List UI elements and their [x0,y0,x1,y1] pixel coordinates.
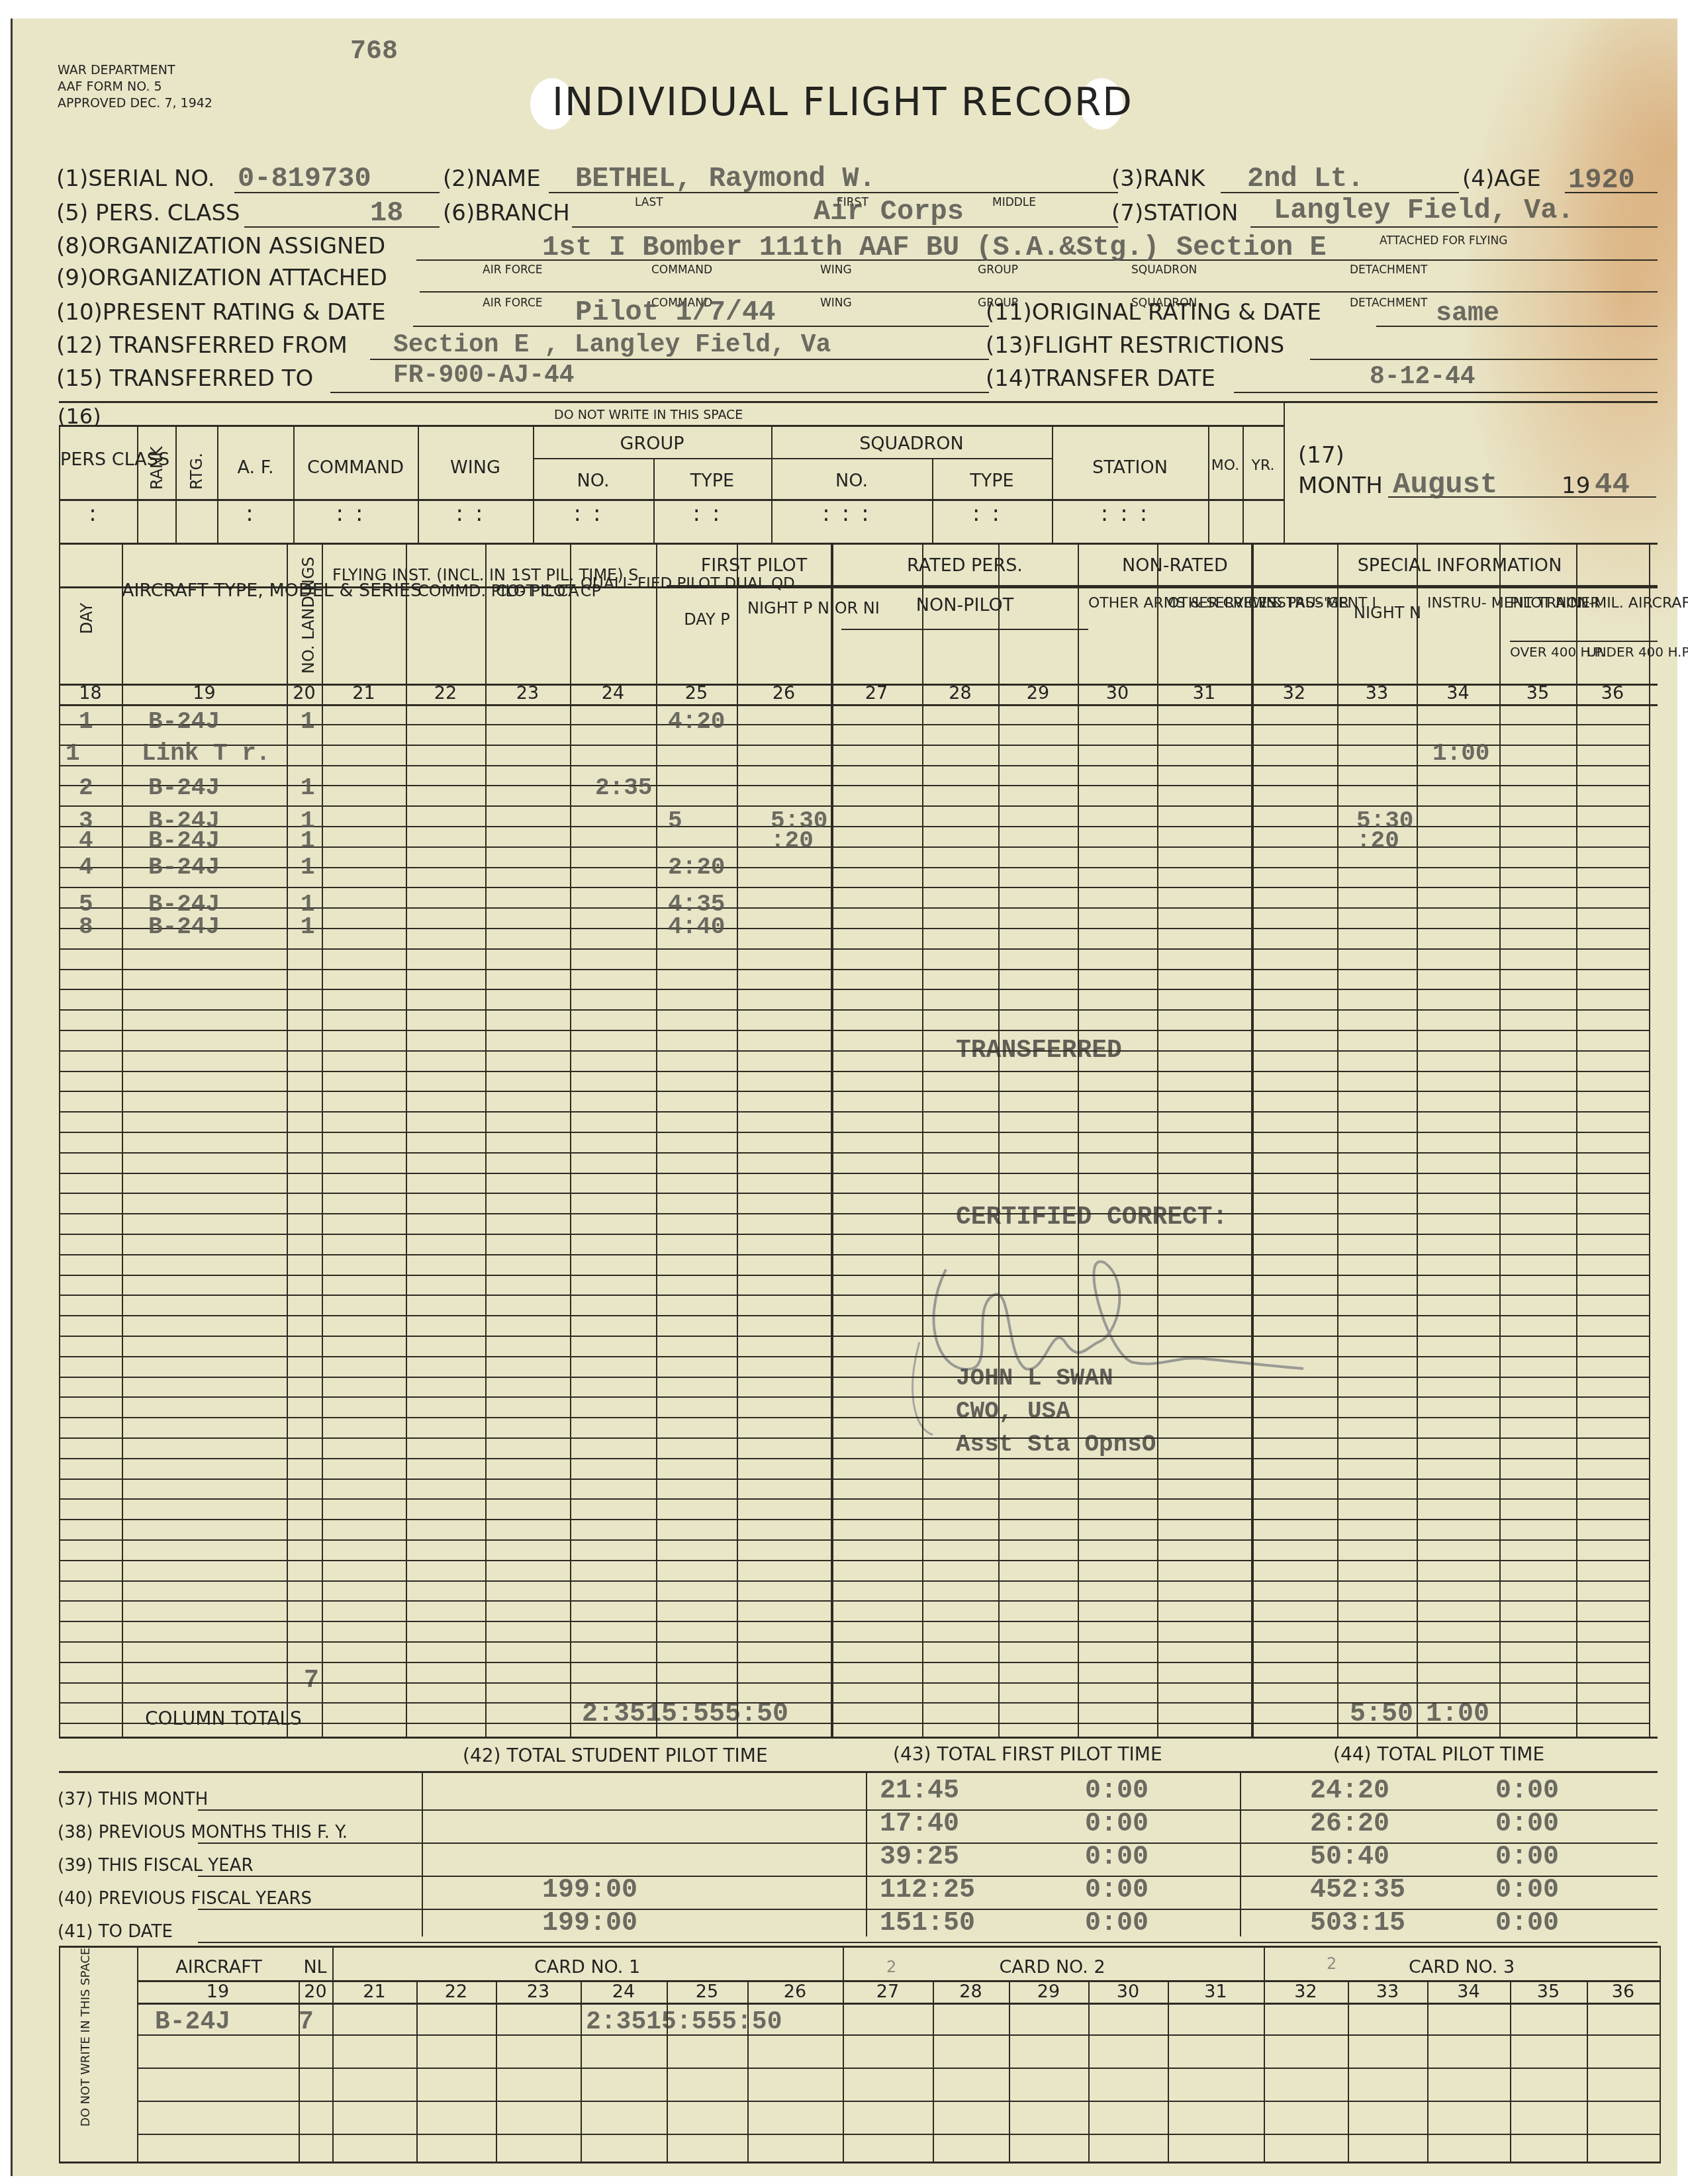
col-group: GROUP [533,434,771,454]
column-number: 30 [1078,683,1157,704]
name-sub-middle: MIDDLE [992,196,1036,209]
hdr-non-rated: NON-RATED [1088,556,1262,576]
rank-label: (3)RANK [1111,165,1205,192]
year-field[interactable]: 44 [1595,469,1630,502]
total-night: 5:50 [1350,1700,1413,1729]
grid-row-line [59,1437,1649,1439]
summary-first-pilot: 151:50 [880,1909,975,1938]
total-qd-fp: 2:3515:555:50 [582,1700,788,1729]
grid-row-line [59,785,1649,786]
grid-column-line [287,543,288,1737]
code-dots: : [60,500,137,527]
org-assigned-field[interactable]: 1st I Bomber 111th AAF BU (S.A.&Stg.) Se… [542,232,1327,263]
column-number: 26 [737,683,831,704]
grid-column-line [656,543,657,1737]
transferred-to-label: (15) TRANSFERRED TO [56,365,313,392]
grid-row-line [59,1152,1649,1154]
grid-column-line [922,543,923,1737]
grid-row-line [59,1498,1649,1500]
summary-first-pilot_b: 0:00 [1085,1876,1149,1905]
card-column-number: 22 [416,1981,496,2002]
sub-detachment: DETACHMENT [1350,263,1427,277]
flight-aircraft: Link T r. [142,740,270,767]
flight-fp_day: 5 [668,807,682,835]
card-column-number: 24 [581,1981,667,2002]
flight-landings: 1 [301,774,315,801]
age-label: (4)AGE [1462,165,1541,192]
grid-column-line [1649,543,1650,1737]
cards-side-note: DO NOT WRITE IN THIS SPACE [79,2130,264,2144]
flight-fp_day: 4:40 [668,913,725,940]
summary-row-label: (39) THIS FISCAL YEAR [58,1856,253,1876]
summary-student: 199:00 [542,1909,637,1938]
flight-landings: 1 [301,827,315,854]
summary-total: 452:35 [1310,1876,1405,1905]
month-label: MONTH [1298,473,1383,499]
col-yr: YR. [1243,458,1284,474]
transfer-date-label: (14)TRANSFER DATE [986,365,1215,392]
org-assigned-label: (8)ORGANIZATION ASSIGNED [56,233,385,259]
column-number: 33 [1337,683,1417,704]
flight-day: 2 [79,774,93,801]
summary-row-label: (40) PREVIOUS FISCAL YEARS [58,1889,312,1909]
hdr-flying-inst: FLYING INST. (INCL. IN 1ST PIL. TIME) S [332,567,416,584]
grid-row-line [59,867,1649,868]
grid-row-line [59,989,1649,990]
approved-date: APPROVED DEC. 7, 1942 [58,95,212,112]
card-column-number: 29 [1009,1981,1088,2002]
original-rating-label: (11)ORIGINAL RATING & DATE [986,299,1321,326]
grid-row-line [59,1417,1649,1418]
col-pers-class: PERS CLASS [60,450,137,470]
pers-class-field[interactable]: 18 [370,197,403,229]
flight-fp_day: 4:20 [668,708,725,735]
card-column-number: 27 [843,1981,933,2002]
grid-row-line [59,1336,1649,1337]
card-1-label: CARD NO. 1 [332,1958,842,1978]
hdr-special-info: SPECIAL INFORMATION [1262,556,1658,576]
col-mo: MO. [1208,458,1243,474]
grid-column-line [1499,543,1501,1737]
transferred-from-label: (12) TRANSFERRED FROM [56,332,348,359]
original-rating-field[interactable]: same [1436,299,1499,329]
grid-row-line [59,887,1649,888]
sub-command: COMMAND [651,263,712,277]
hdr-non-mil: PILOT NON-MIL. AIRCRAFT [1510,596,1658,612]
flight-day: 1 [79,708,93,735]
grid-column-line [1157,543,1158,1737]
flight-night: :20 [1356,827,1399,854]
summary-total: 503:15 [1310,1909,1405,1938]
summary-row-label: (41) TO DATE [58,1922,173,1942]
flight-fp_day: 2:20 [668,854,725,881]
grid-row-line [59,1396,1649,1398]
flight-landings: 1 [301,708,315,735]
pencil-mark: 2 [1327,1954,1336,1973]
pencil-mark: 2 [886,1958,896,1976]
col-rtg-label: RTG. [187,453,206,490]
grid-row-line [59,1580,1649,1582]
hdr-inst-trainer: INSTRU- MENT TRAINER [1427,596,1510,612]
month-field[interactable]: August [1393,469,1497,502]
total-landings: 7 [304,1666,319,1695]
grid-row-line [59,1702,1649,1704]
flight-restrictions-label: (13)FLIGHT RESTRICTIONS [986,332,1284,359]
summary-total-b: 0:00 [1495,1876,1559,1905]
code-dots: :: [653,500,771,527]
name-label: (2)NAME [443,165,541,192]
grid-row-line [59,1295,1649,1296]
code-dots: :: [932,500,1052,527]
col-rank-label: RANK [148,446,166,490]
code-dots: :: [533,500,653,527]
transferred-to-field[interactable]: FR-900-AJ-44 [393,361,575,390]
present-rating-label: (10)PRESENT RATING & DATE [56,299,386,326]
cards-nl-label: NL [299,1958,332,1978]
summary-first-pilot_b: 0:00 [1085,1776,1149,1806]
summary-first-pilot: 21:45 [880,1776,959,1806]
card-column-number: 32 [1264,1981,1348,2002]
flight-day: 4 [79,827,93,854]
column-number: 29 [998,683,1078,704]
signer-title: Asst Sta OpnsO [956,1428,1156,1461]
grid-row-line [59,1132,1649,1133]
code-dots: :: [418,500,533,527]
col-wing: WING [418,458,533,478]
cards-aircraft-label: AIRCRAFT [137,1958,301,1978]
grid-row-line [59,1050,1649,1052]
card-column-number: 34 [1427,1981,1510,2002]
month-number-label: (17) [1298,442,1344,469]
hdr-qualified: QUALI- FIED PILOT DUAL QD [581,576,667,592]
flight-day: 8 [79,913,93,940]
branch-field[interactable]: Air Corps [814,196,964,228]
grid-column-line [406,543,407,1737]
code-dots: ::: [771,500,932,527]
grid-row-line [59,1519,1649,1520]
grid-row-line [59,1682,1649,1684]
hdr-day-label: DAY [77,603,96,634]
grid-row-line [59,1009,1649,1011]
grid-row-line [59,1621,1649,1622]
column-number: 32 [1251,683,1337,704]
transfer-date-field[interactable]: 8-12-44 [1370,363,1476,391]
hdr-landings-label: NO. LANDINGS [299,557,318,674]
hdr-other-crew: OTHER CREW & PASS'GR [1168,596,1262,612]
column-number: 36 [1576,683,1649,704]
serial-field[interactable]: 0-819730 [238,163,371,195]
grid-row-line [59,1600,1649,1602]
card-number: 768 [350,37,398,67]
grid-row-line [59,1213,1649,1214]
col-group-type: TYPE [653,471,771,491]
card-row1-nl: 7 [299,2008,314,2036]
column-number: 20 [287,683,322,704]
hdr-non-pilot: NON-PILOT [841,596,1088,615]
card-row1-times: 2:3515:555:50 [586,2008,782,2036]
flight-fp_night: :20 [771,827,814,854]
card-column-number: 33 [1348,1981,1427,2002]
card-column-number: 19 [137,1981,299,2002]
age-field[interactable]: 1920 [1568,164,1635,196]
column-number: 34 [1417,683,1499,704]
department-label: WAR DEPARTMENT [58,62,212,79]
hdr-over-400: OVER 400 H.P. [1510,645,1587,659]
grid-row-line [59,928,1649,929]
column-number: 31 [1157,683,1251,704]
card-column-line [1264,1946,1265,2161]
summary-first-pilot_b: 0:00 [1085,1843,1149,1872]
cards-side-note-label: DO NOT WRITE IN THIS SPACE [79,1944,93,2130]
name-sub-last: LAST [635,196,663,209]
grid-column-line [737,543,738,1737]
grid-row-line [59,1458,1649,1459]
flight-record-page: WAR DEPARTMENT AAF FORM NO. 5 APPROVED D… [11,19,1677,2176]
summary-total-b: 0:00 [1495,1843,1559,1872]
rank-field[interactable]: 2nd Lt. [1247,163,1364,195]
code-dots: :: [293,500,418,527]
station-label: (7)STATION [1111,200,1238,226]
code-dots: ::: [1052,500,1208,527]
summary-row-label: (37) THIS MONTH [58,1790,208,1809]
col-squadron-no: NO. [771,471,932,491]
hdr-day: DAY [77,634,109,653]
grid-column-line [570,543,571,1737]
grid-row-line [59,1723,1649,1724]
grid-row-line [59,1234,1649,1235]
hdr-other-arms: OTHER ARMS & SERVICES [1088,596,1168,612]
column-number: 25 [656,683,737,704]
grid-column-line [1576,543,1577,1737]
grid-column-line [1251,543,1254,1737]
hdr-instrument: INSTRU- MENT I [1262,596,1348,612]
card-column-number: 21 [332,1981,416,2002]
grid-column-line [59,543,60,1737]
transferred-from-field[interactable]: Section E , Langley Field, Va [393,331,831,359]
hdr-fp-night: NIGHT P N OR NI [747,600,841,617]
station-field[interactable]: Langley Field, Va. [1274,195,1574,226]
grid-row-line [59,1091,1649,1092]
hdr-commd-pilot: COMMD. PILOT C CA [418,582,496,600]
name-field[interactable]: BETHEL, Raymond W. [575,163,876,195]
card-column-number: 26 [747,1981,843,2002]
summary-total-b: 0:00 [1495,1776,1559,1806]
summary-student: 199:00 [542,1876,637,1905]
sub-wing: WING [820,263,852,277]
card-column-number: 23 [496,1981,581,2002]
sub-air-force: AIR FORCE [483,263,543,277]
pers-class-label: (5) PERS. CLASS [56,200,240,226]
card-column-number: 36 [1587,1981,1660,2002]
flight-day: 4 [79,854,93,881]
grid-row-line [59,1479,1649,1480]
grid-row-line [59,1377,1649,1378]
hdr-rated-pers: RATED PERS. [841,556,1088,576]
grid-row-line [59,1071,1649,1072]
sub-wing: WING [820,296,852,310]
column-number: 23 [485,683,570,704]
card-column-number: 28 [933,1981,1009,2002]
grid-row-line [59,1662,1649,1663]
card-column-number: 30 [1088,1981,1168,2002]
summary-first-pilot-header: (43) TOTAL FIRST PILOT TIME [893,1743,1162,1765]
column-number: 22 [406,683,485,704]
flight-aircraft: B-24J [148,913,220,940]
grid-column-line [322,543,323,1737]
card-column-line [332,1946,334,2161]
grid-row-line [59,1539,1649,1541]
grid-column-line [1078,543,1079,1737]
grid-row-line [59,1254,1649,1255]
hdr-night: NIGHT N [1348,604,1427,621]
sub-squadron: SQUADRON [1131,263,1197,277]
summary-first-pilot_b: 0:00 [1085,1809,1149,1839]
do-not-write-note: DO NOT WRITE IN THIS SPACE [554,408,743,422]
summary-first-pilot_b: 0:00 [1085,1909,1149,1938]
total-trainer: 1:00 [1426,1700,1489,1729]
flight-aircraft: B-24J [148,854,220,881]
grid-column-line [1337,543,1338,1737]
col-group-no: NO. [533,471,653,491]
grid-row-line [59,1111,1649,1113]
year-prefix: 19 [1562,473,1590,499]
grid-column-line [831,543,833,1737]
grid-column-line [485,543,487,1737]
column-number: 21 [322,683,406,704]
card-column-number: 35 [1510,1981,1587,2002]
grid-row-line [59,969,1649,970]
summary-total: 26:20 [1310,1809,1389,1839]
form-identifier: WAR DEPARTMENT AAF FORM NO. 5 APPROVED D… [58,62,212,112]
col-command: COMMAND [293,458,418,478]
column-number: 19 [122,683,287,704]
column-totals-label: COLUMN TOTALS [145,1707,302,1729]
flight-landings: 1 [301,854,315,881]
summary-total: 24:20 [1310,1776,1389,1806]
hdr-co-pilot: CO- PILOT CP [496,582,581,600]
summary-total-b: 0:00 [1495,1909,1559,1938]
grid-column-line [122,543,123,1737]
card-column-line [843,1946,844,2161]
sub-air-force: AIR FORCE [483,296,543,310]
grid-row-line [59,724,1649,725]
sub-group: GROUP [978,263,1018,277]
grid-row-line [59,846,1649,848]
summary-total-b: 0:00 [1495,1809,1559,1839]
sub-detachment: DETACHMENT [1350,296,1427,310]
grid-row-line [59,907,1649,909]
card-3-label: CARD NO. 3 [1264,1958,1660,1978]
summary-first-pilot: 17:40 [880,1809,959,1839]
summary-first-pilot: 112:25 [880,1876,975,1905]
grid-row-line [59,745,1649,746]
flight-aircraft: B-24J [148,708,220,735]
grid-column-line [1417,543,1418,1737]
flight-trainer: 1:00 [1432,740,1489,767]
col-squadron-type: TYPE [932,471,1052,491]
form-number: AAF FORM NO. 5 [58,79,212,95]
column-number: 35 [1499,683,1576,704]
signer-rank: CWO, USA [956,1395,1156,1428]
flight-day: 1 [66,740,80,767]
grid-row-line [59,1030,1649,1031]
flight-aircraft: B-24J [148,774,220,801]
column-number: 27 [831,683,922,704]
certified-correct-stamp: CERTIFIED CORRECT: [956,1203,1227,1232]
grid-row-line [59,1173,1649,1174]
hdr-under-400: UNDER 400 H.P. [1587,645,1658,659]
grid-row-line [59,1560,1649,1561]
attached-for-flying-label: ATTACHED FOR FLYING [1380,234,1507,248]
summary-row-label: (38) PREVIOUS MONTHS THIS F. Y. [58,1823,348,1843]
card-column-number: 31 [1168,1981,1264,2002]
grid-row-line [59,805,1649,807]
card-column-number: 20 [299,1981,332,2002]
hdr-aircraft: AIRCRAFT TYPE, MODEL & SERIES [122,581,287,601]
summary-first-pilot: 39:25 [880,1843,959,1872]
column-number: 28 [922,683,998,704]
col-station: STATION [1052,458,1208,478]
card-2-label: CARD NO. 2 [843,1958,1262,1978]
column-number: 24 [570,683,656,704]
branch-label: (6)BRANCH [443,200,570,226]
grid-row-line [59,948,1649,950]
flight-qd: 2:35 [595,774,652,801]
flight-landings: 1 [301,913,315,940]
grid-row-line [59,765,1649,766]
summary-total-header: (44) TOTAL PILOT TIME [1333,1743,1544,1765]
grid-row-line [59,1193,1649,1194]
org-attached-label: (9)ORGANIZATION ATTACHED [56,265,387,291]
card-column-number: 25 [667,1981,747,2002]
col-squadron: SQUADRON [771,434,1052,454]
summary-total: 50:40 [1310,1843,1389,1872]
page-title: INDIVIDUAL FLIGHT RECORD [552,79,1133,124]
grid-column-line [998,543,1000,1737]
present-rating-field[interactable]: Pilot 1/7/44 [575,296,775,328]
col-af: A. F. [218,458,293,478]
serial-label: (1)SERIAL NO. [56,165,215,192]
code-dots: : [218,500,293,527]
grid-row-line [59,1275,1649,1276]
flight-aircraft: B-24J [148,827,220,854]
grid-row-line [59,1315,1649,1316]
col-rank: RANK [148,490,191,508]
grid-row-line [59,1356,1649,1357]
hdr-first-pilot: FIRST PILOT [667,556,841,576]
card-row1-aircraft: B-24J [155,2008,230,2036]
hdr-fp-day: DAY P [667,611,747,628]
summary-student-header: (42) TOTAL STUDENT PILOT TIME [463,1745,768,1766]
column-number: 18 [59,683,122,704]
grid-row-line [59,1641,1649,1643]
signer-name: JOHN L SWAN [956,1362,1156,1395]
